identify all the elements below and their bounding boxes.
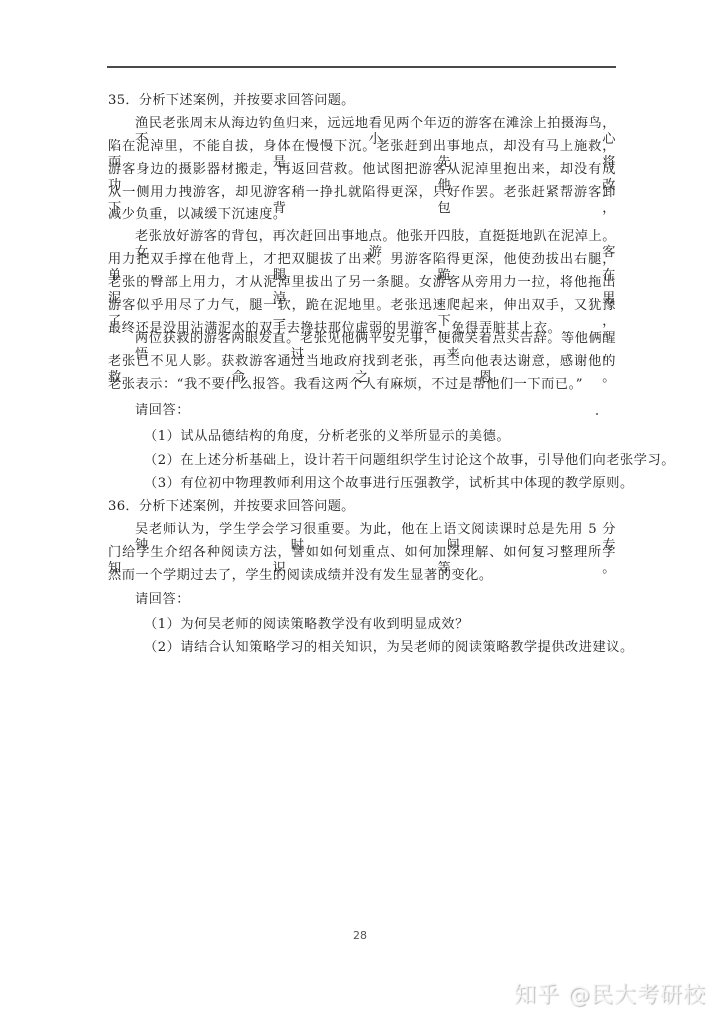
subquestion-item: （2）请结合认知策略学习的相关知识，为吴老师的阅读策略教学提供改进建议。 [108, 640, 616, 656]
question-35-heading: 35．分析下述案例，并按要求回答问题。 [108, 93, 616, 109]
page-number: 28 [0, 929, 720, 942]
watermark: 知乎 @民大考研校 [514, 978, 706, 1009]
question-35-prompt: 请回答： [108, 403, 616, 419]
text-line: 老张表示：“我不要什么报答。我看这两个人有麻烦，不过是帮他们一下而已。” [108, 377, 616, 393]
subquestion-item: （2）在上述分析基础上，设计若干问题组织学生讨论这个故事，引导他们向老张学习。 [108, 453, 616, 469]
subquestion-item: （3）有位初中物理教师利用这个故事进行压强教学，试析其中体现的教学原则。 [108, 476, 616, 492]
question-36-heading: 36．分析下述案例，并按要求回答问题。 [108, 499, 616, 515]
text-line: 然而一个学期过去了，学生的阅读成绩并没有发生显著的变化。 [108, 568, 616, 584]
header-rule [107, 66, 616, 68]
subquestion-item: （1）为何吴老师的阅读策略教学没有收到明显成效？ [108, 617, 616, 633]
question-36-prompt: 请回答： [108, 592, 616, 608]
stray-mark [596, 413, 598, 415]
subquestion-item: （1）试从品德结构的角度，分析老张的义举所显示的美德。 [108, 429, 616, 445]
text-line: 减少负重，以减缓下沉速度。 [108, 207, 616, 223]
document-page: 35．分析下述案例，并按要求回答问题。 渔民老张周末从海边钓鱼归来，远远地看见两… [0, 0, 720, 1018]
